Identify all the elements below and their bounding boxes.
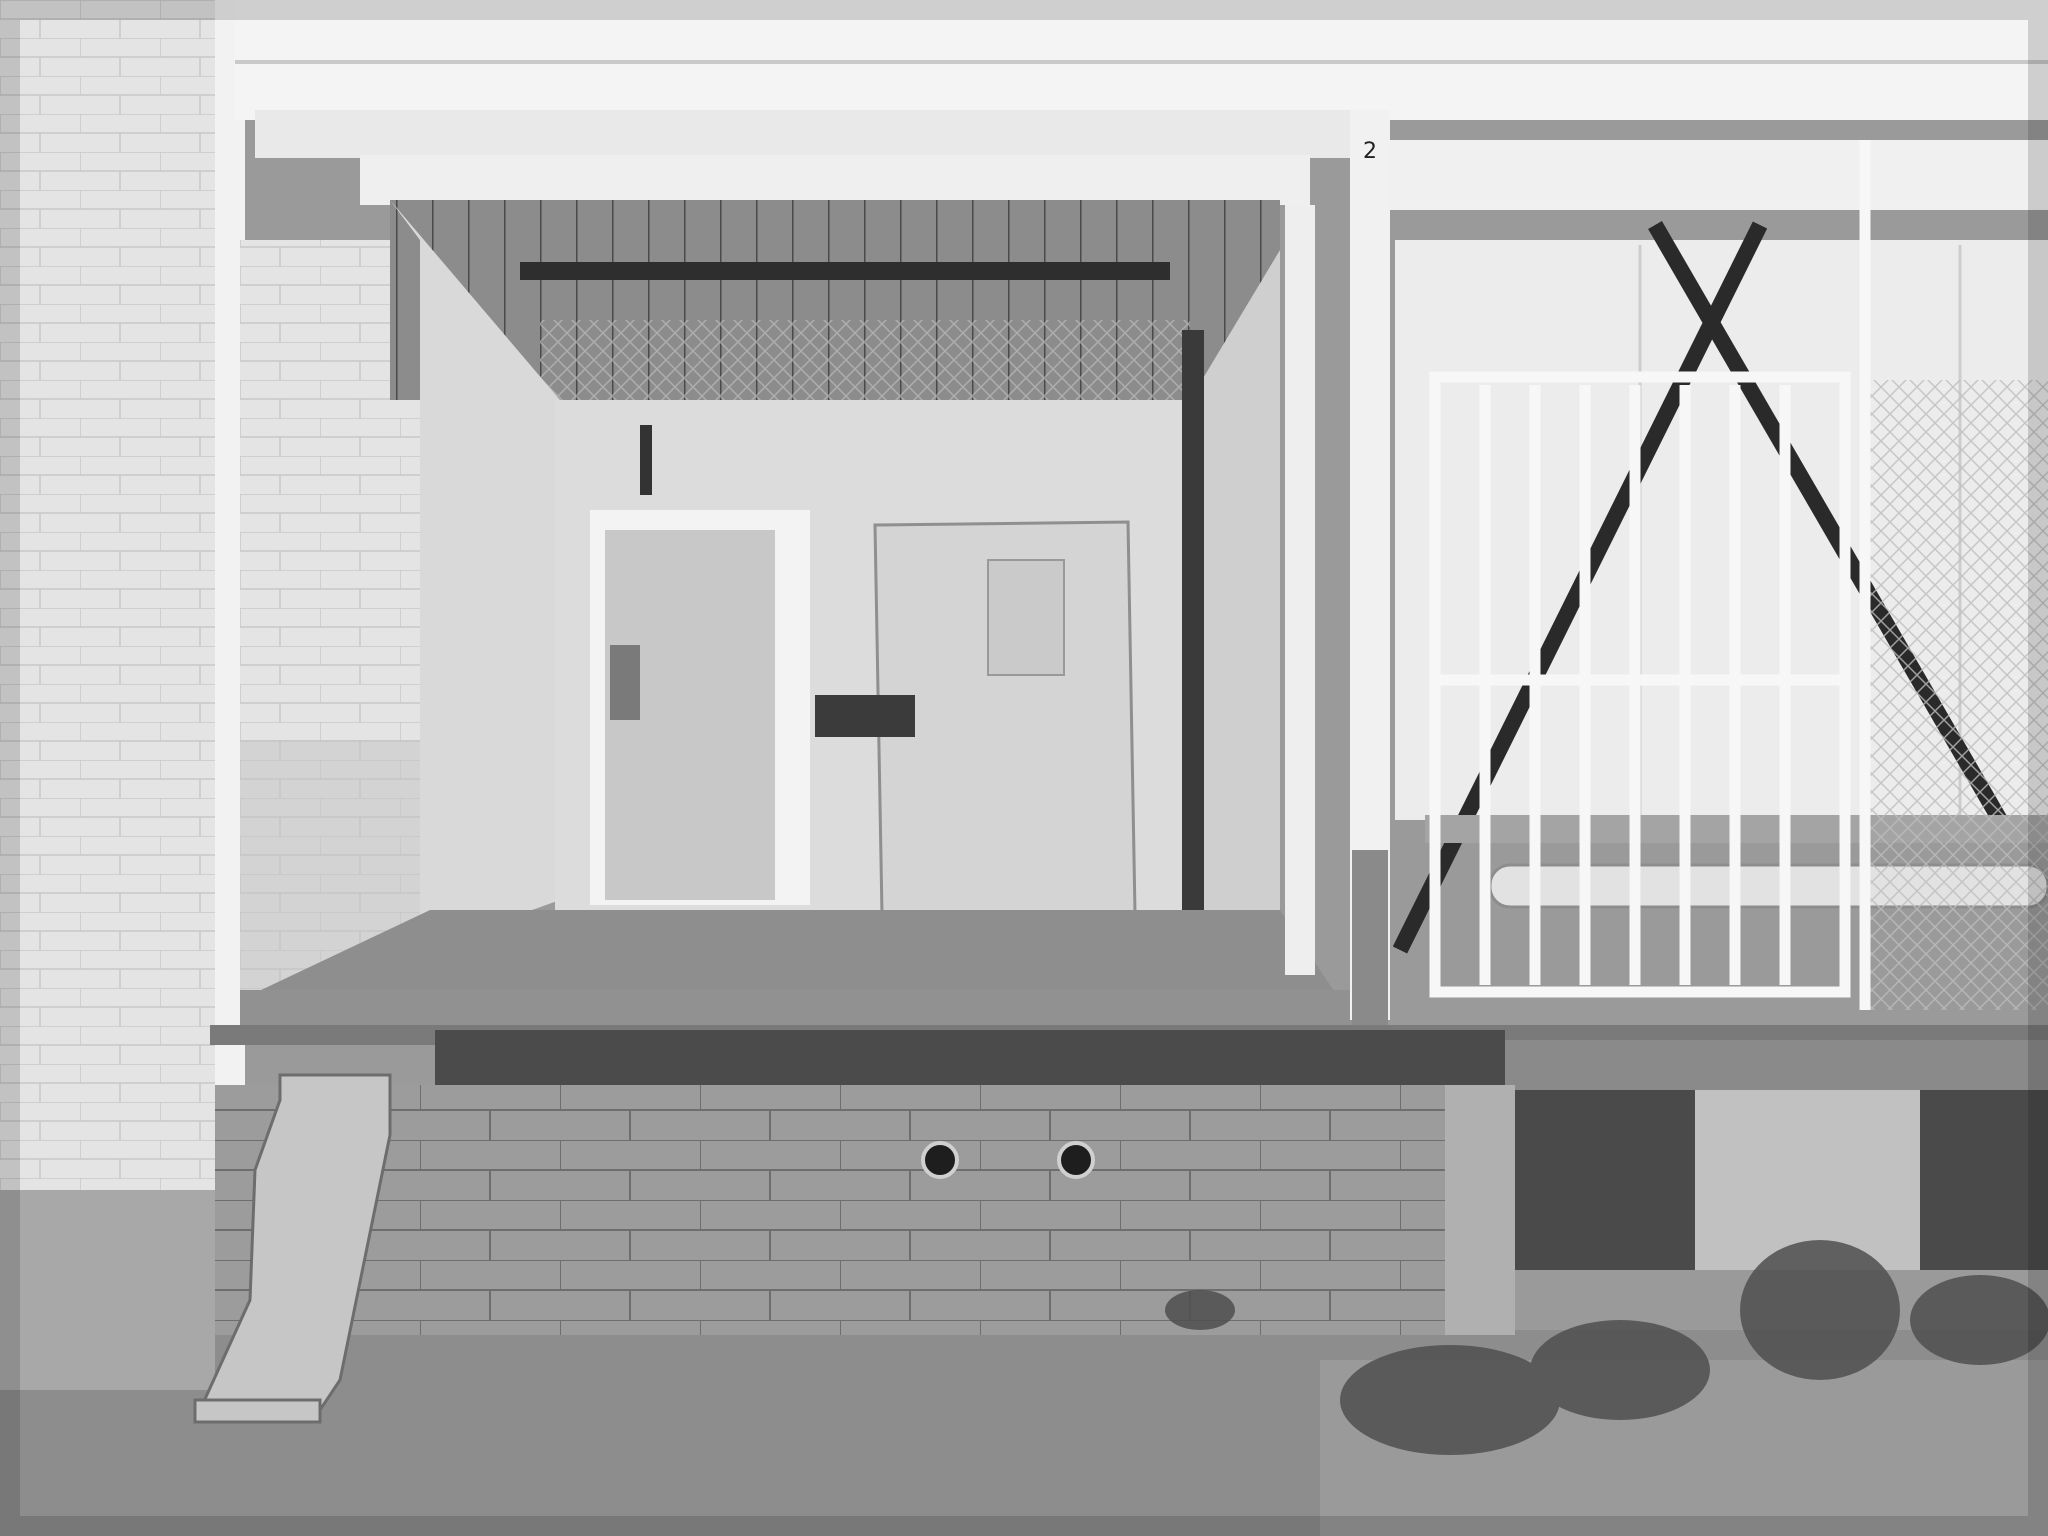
dock-bumper xyxy=(435,1030,1505,1085)
right-canopy xyxy=(1390,140,2048,210)
loading-dock-scene: 2 xyxy=(0,0,2048,1536)
left-wall xyxy=(0,0,240,1330)
post-number: 2 xyxy=(1363,139,1377,164)
concrete-block-wall xyxy=(215,1085,1445,1335)
door-latch xyxy=(815,695,915,737)
photograph: 2 xyxy=(0,0,2048,1536)
chain-link-fence xyxy=(1870,380,2048,1010)
